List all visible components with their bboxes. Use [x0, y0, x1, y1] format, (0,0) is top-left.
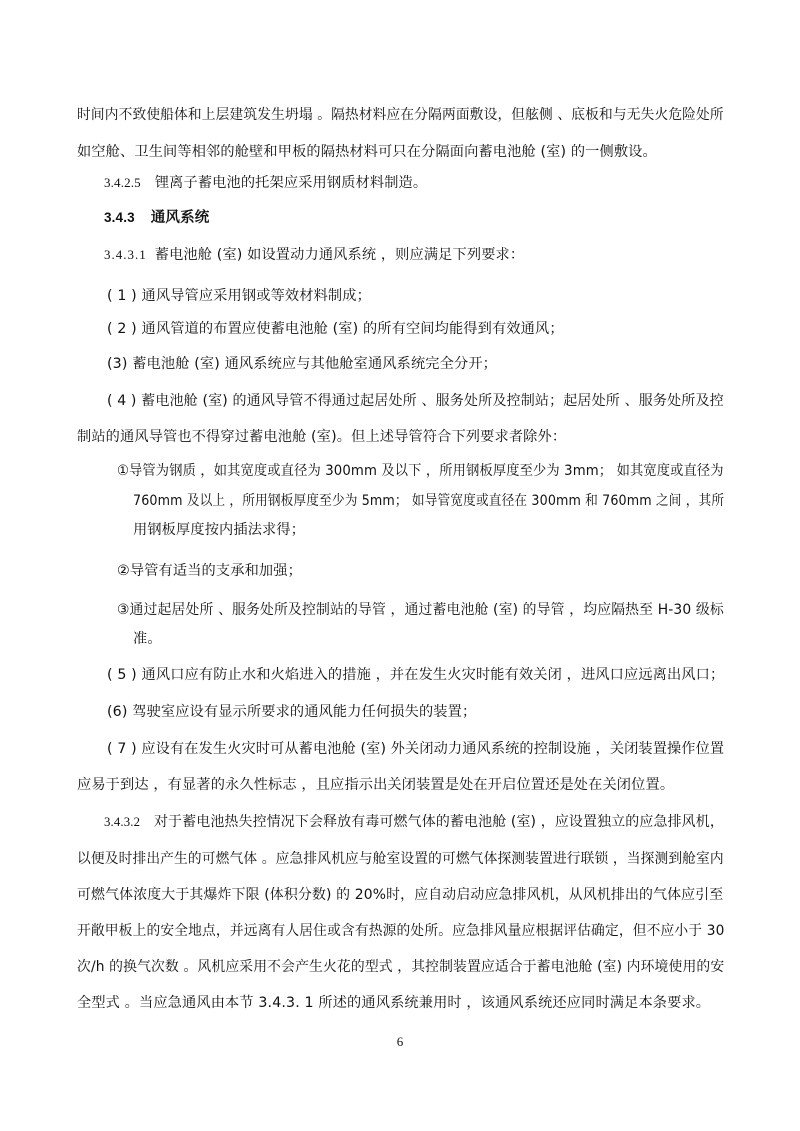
- document-page: 时间内不致使船体和上层建筑发生坍塌 。隔热材料应在分隔两面敷设，但舷侧 、底板和…: [0, 0, 800, 1131]
- clause-text: 蓄电池舱 (室) 如设置动力通风系统 ，则应满足下列要求：: [155, 247, 524, 263]
- paragraph-line: 时间内不致使船体和上层建筑发生坍塌 。隔热材料应在分隔两面敷设，但舷侧 、底板和…: [77, 106, 724, 124]
- clause-number: 3.4.3.1: [104, 247, 147, 262]
- section-title: 通风系统: [151, 210, 210, 226]
- list-item-4-cont: 制站的通风导管也不得穿过蓄电池舱 (室)。但上述导管符合下列要求者除外：: [77, 428, 566, 446]
- clause-3-4-3-1: 3.4.3.1蓄电池舱 (室) 如设置动力通风系统 ，则应满足下列要求：: [104, 246, 524, 264]
- paragraph-line: 全型式 。当应急通风由本节 3.4.3. 1 所述的通风系统兼用时 ，该通风系统…: [77, 994, 710, 1012]
- paragraph-line: 以便及时排出产生的可燃气体 。应急排风机应与舱室设置的可燃气体探测装置进行联锁 …: [77, 850, 724, 868]
- clause-3-4-3-2: 3.4.3.2对于蓄电池热失控情况下会释放有毒可燃气体的蓄电池舱 (室) ，应设…: [104, 813, 724, 831]
- paragraph-line: 可燃气体浓度大于其爆炸下限 (体积分数) 的 20%时，应自动启动应急排风机，从…: [77, 886, 723, 904]
- paragraph-line: 开敞甲板上的安全地点，并远离有人居住或含有热源的处所。应急排风量应根据评估确定，…: [77, 922, 725, 940]
- list-item-4: ( 4 ) 蓄电池舱 (室) 的通风导管不得通过起居处所 、服务处所及控制站；起…: [107, 392, 724, 410]
- list-item-7-cont: 应易于到达 ，有显著的永久性标志 ，且应指示出关闭装置是处在开启位置还是处在关闭…: [77, 776, 674, 794]
- list-item-1: ( 1 ) 通风导管应采用钢或等效材料制成；: [107, 287, 371, 305]
- paragraph-line: 如空舱、卫生间等相邻的舱壁和甲板的隔热材料可只在分隔面向蓄电池舱 (室) 的一侧…: [77, 143, 657, 161]
- sub-item-3: ③通过起居处所 、服务处所及控制站的导管 ，通过蓄电池舱 (室) 的导管 ，均应…: [117, 601, 724, 619]
- sub-item-1-cont: 用钢板厚度按内插法求得；: [133, 521, 305, 539]
- clause-number: 3.4.2.5: [104, 175, 141, 190]
- clause-number: 3.4.3.2: [104, 814, 140, 829]
- section-number: 3.4.3: [104, 210, 135, 225]
- clause-text: 锂离子蓄电池的托架应采用钢质材料制造。: [155, 175, 427, 191]
- clause-3-4-2-5: 3.4.2.5锂离子蓄电池的托架应采用钢质材料制造。: [104, 174, 427, 192]
- list-item-2: ( 2 ) 通风管道的布置应使蓄电池舱 (室) 的所有空间均能得到有效通风；: [107, 320, 564, 338]
- list-item-5: ( 5 ) 通风口应有防止水和火焰进入的措施 ，并在发生火灾时能有效关闭 ，进风…: [107, 666, 724, 684]
- clause-text: 对于蓄电池热失控情况下会释放有毒可燃气体的蓄电池舱 (室) ，应设置独立的应急排…: [154, 814, 724, 830]
- sub-item-2: ②导管有适当的支承和加强；: [117, 562, 302, 580]
- list-item-6: (6) 驾驶室应设有显示所要求的通风能力任何损失的装置；: [107, 703, 476, 721]
- list-item-3: (3) 蓄电池舱 (室) 通风系统应与其他舱室通风系统完全分开；: [107, 355, 497, 373]
- list-item-7: ( 7 ) 应设有在发生火灾时可从蓄电池舱 (室) 外关闭动力通风系统的控制设施…: [107, 740, 724, 758]
- paragraph-line: 次/h 的换气次数 。风机应采用不会产生火花的型式 ，其控制装置应适合于蓄电池舱…: [77, 958, 724, 976]
- page-number: 6: [0, 1034, 800, 1050]
- sub-item-3-cont: 准。: [133, 630, 162, 648]
- section-heading: 3.4.3通风系统: [104, 209, 209, 227]
- sub-item-1: ①导管为钢质 ，如其宽度或直径为 300mm 及以下 ，所用钢板厚度至少为 3m…: [117, 462, 724, 480]
- sub-item-1-cont: 760mm 及以上 ，所用钢板厚度至少为 5mm； 如导管宽度或直径在 300m…: [133, 492, 724, 510]
